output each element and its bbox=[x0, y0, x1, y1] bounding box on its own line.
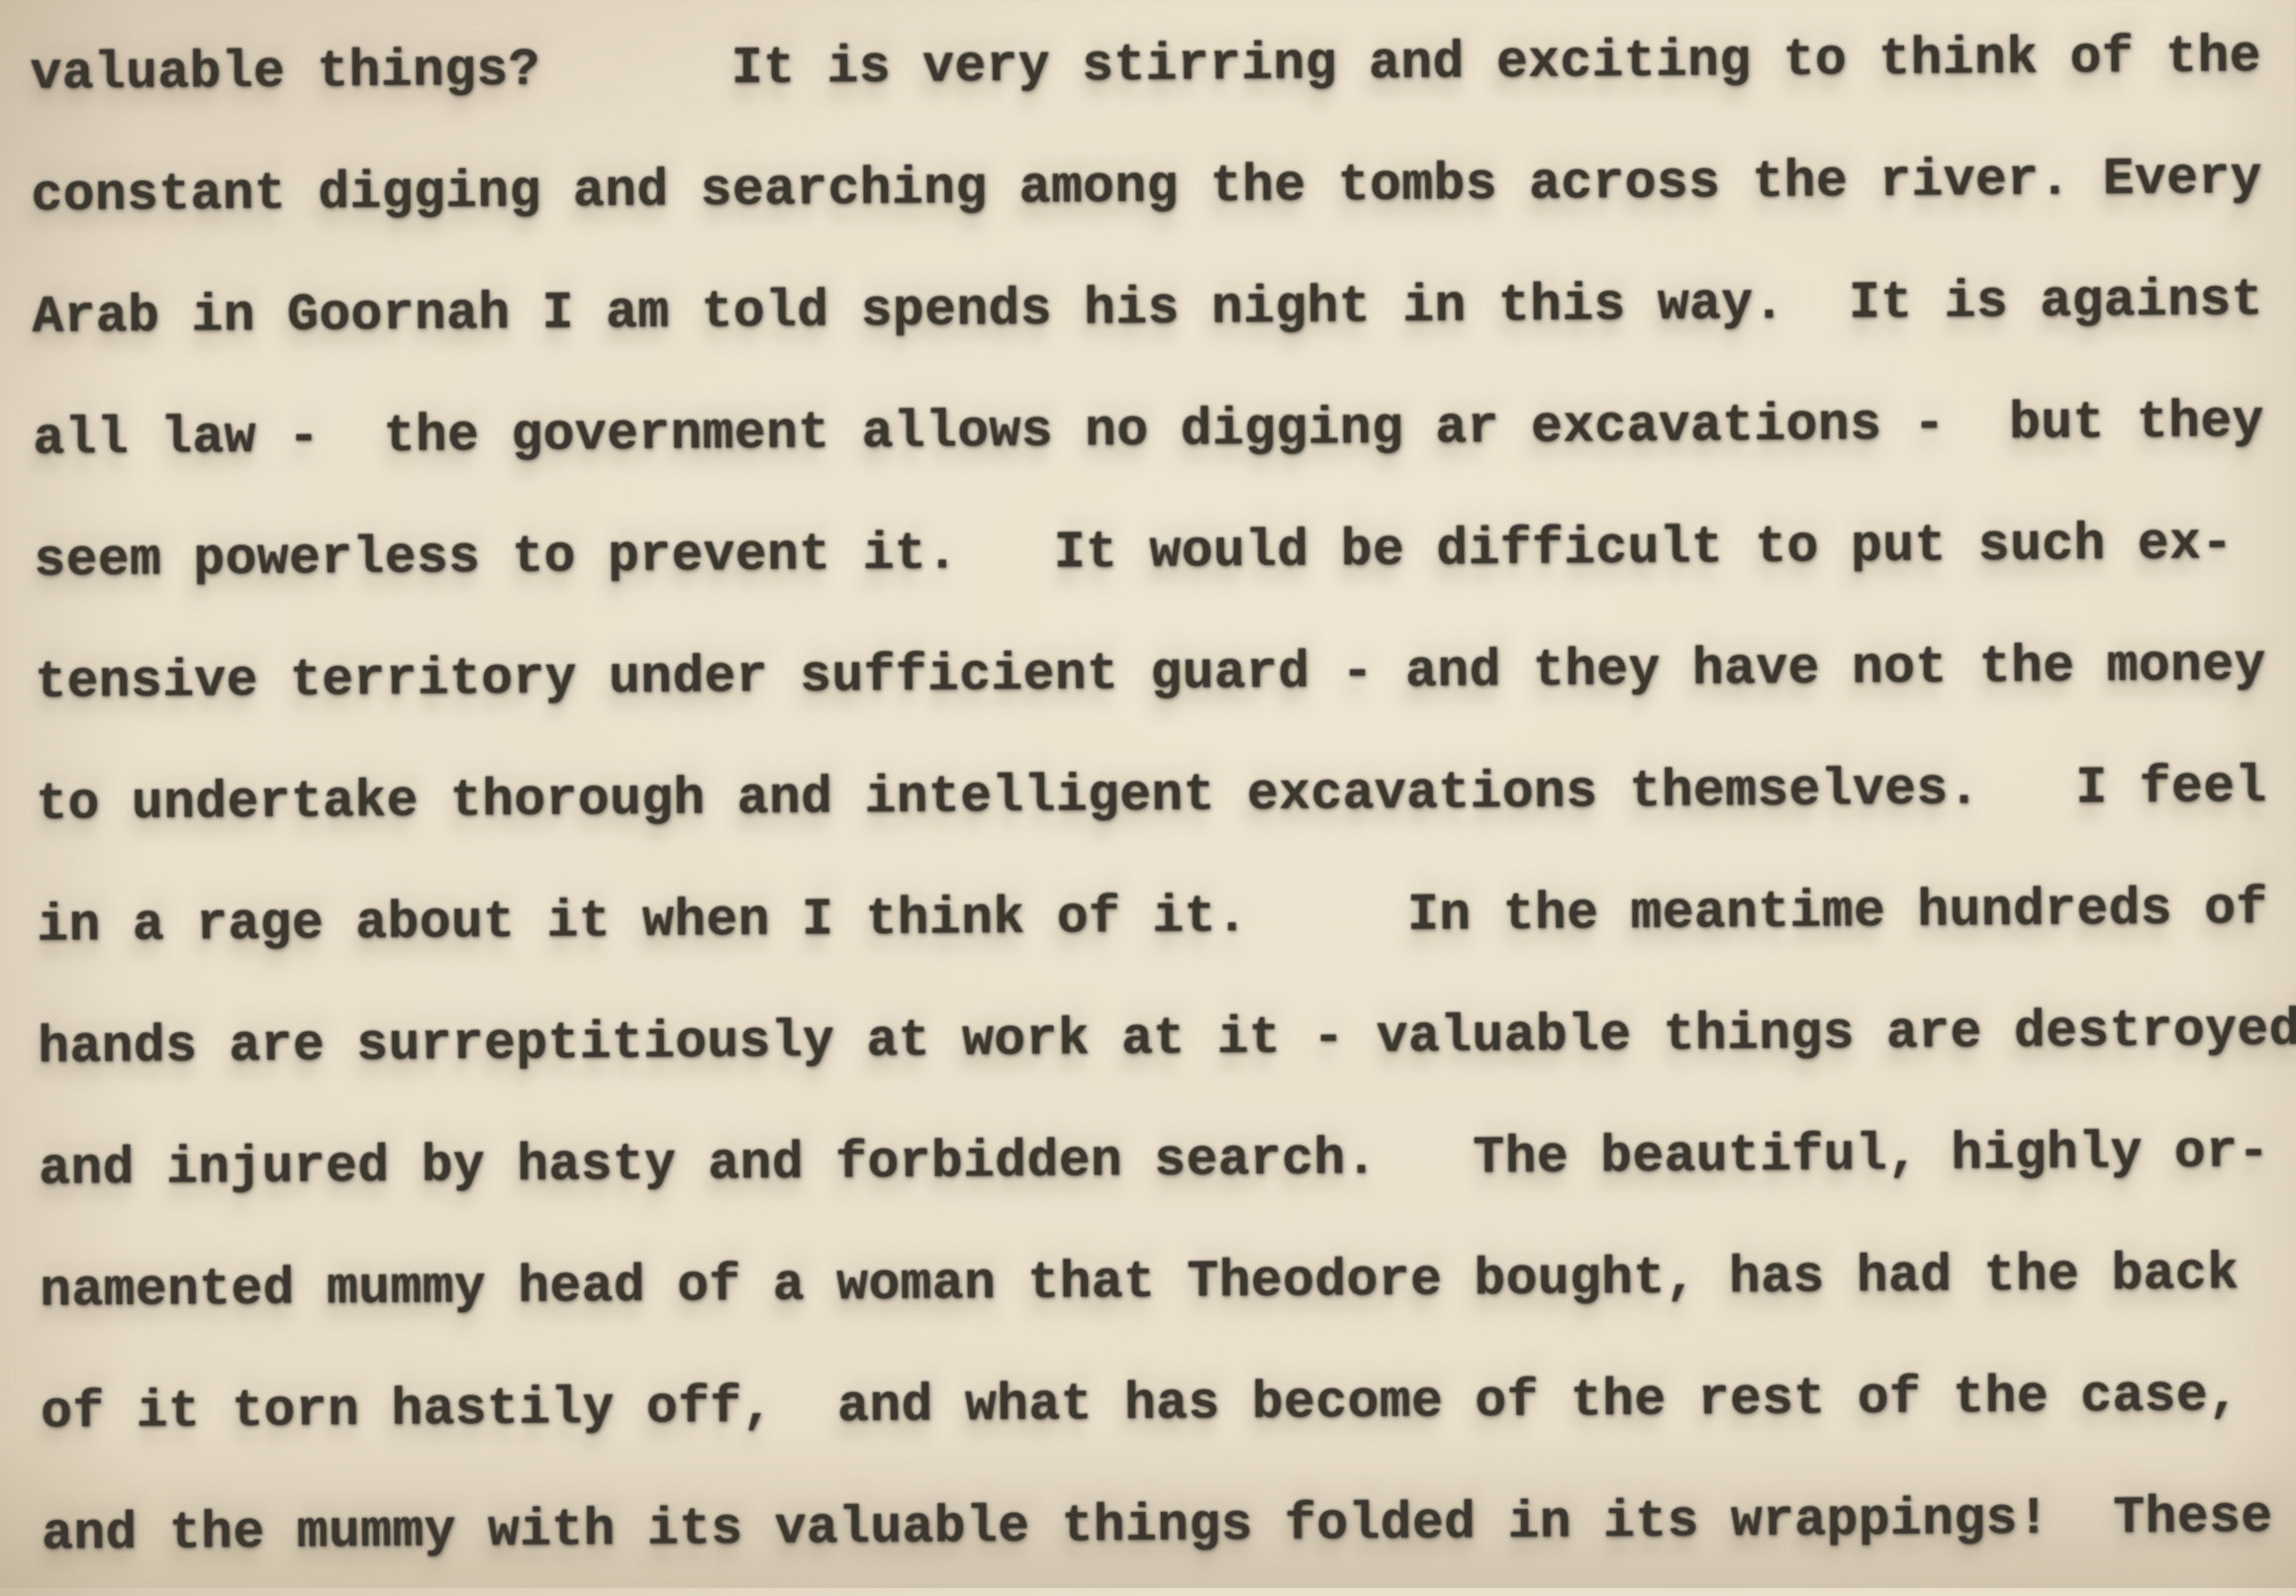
text-line-8: in a rage about it when I think of it. I… bbox=[37, 848, 2296, 987]
text-line-7: to undertake thorough and intelligent ex… bbox=[36, 726, 2296, 866]
text-line-13: and the mummy with its valuable things f… bbox=[42, 1456, 2296, 1588]
typewritten-page: valuable things? It is very stirring and… bbox=[0, 0, 2296, 1588]
text-line-3: Arab in Goornah I am told spends his nig… bbox=[32, 239, 2296, 379]
text-line-6: tensive territory under sufficient guard… bbox=[35, 605, 2296, 744]
text-line-5: seem powerless to prevent it. It would b… bbox=[34, 483, 2296, 622]
text-line-4: all law - the government allows no diggi… bbox=[33, 361, 2296, 501]
text-line-11: namented mummy head of a woman that Theo… bbox=[40, 1213, 2296, 1353]
text-line-12: of it torn hastily off, and what has bec… bbox=[41, 1335, 2296, 1474]
text-line-9: hands are surreptitiously at work at it … bbox=[38, 970, 2296, 1109]
text-line-2: constant digging and searching among the… bbox=[31, 118, 2296, 257]
text-line-10: and injured by hasty and forbidden searc… bbox=[39, 1091, 2296, 1231]
text-line-1: valuable things? It is very stirring and… bbox=[30, 0, 2296, 136]
